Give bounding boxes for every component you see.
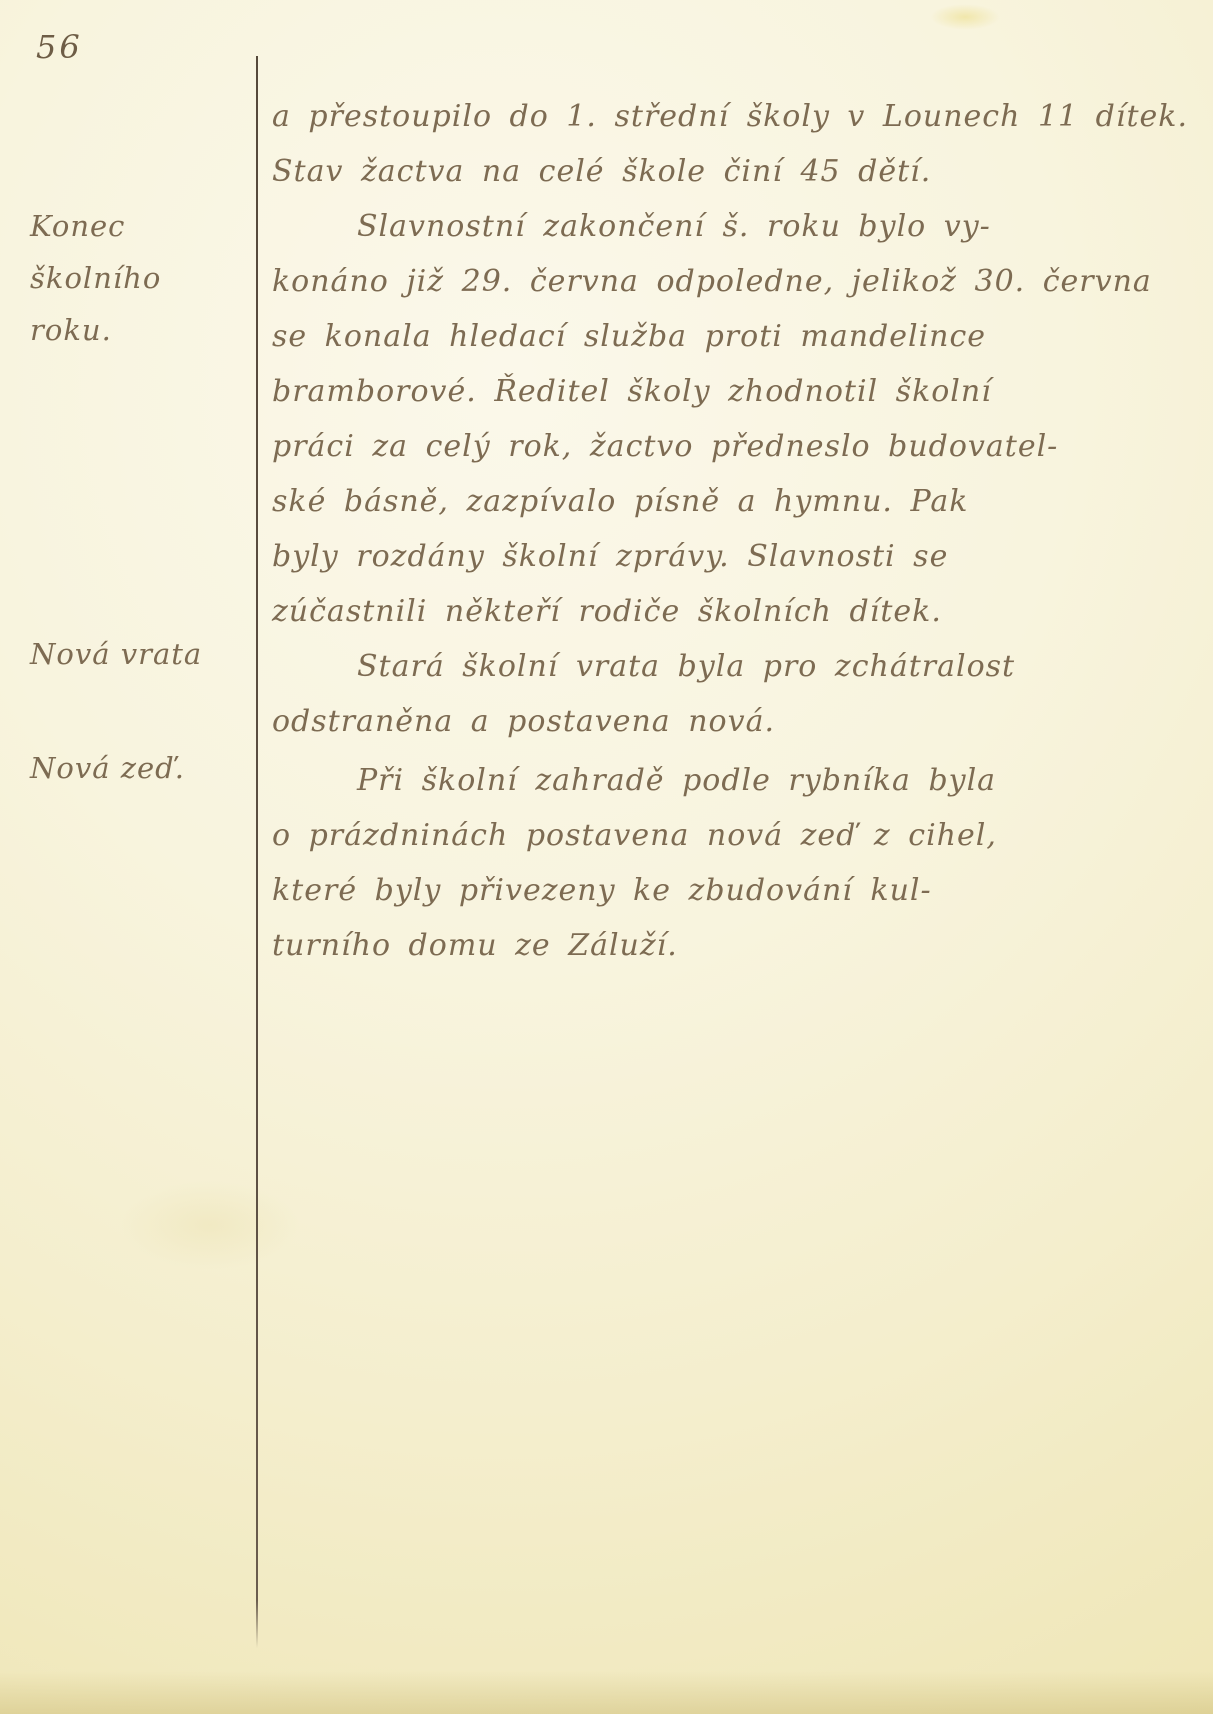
manuscript-line: které byly přivezeny ke zbudování kul- [272,866,1162,921]
manuscript-line: odstraněna a postavena nová. [272,697,1162,752]
margin-note-line: Nová zeď. [30,742,245,794]
paragraph-new-gate: Stará školní vrata byla pro zchátralost … [272,642,1162,752]
manuscript-line: Při školní zahradě podle rybníka byla [272,756,1162,811]
margin-rule-line [256,56,258,1648]
manuscript-line: Stará školní vrata byla pro zchátralost [272,642,1162,697]
paper-stain [930,4,1000,30]
manuscript-line: o prázdninách postavena nová zeď z cihel… [272,811,1162,866]
manuscript-line: Stav žactva na celé škole činí 45 dětí. [272,147,1162,202]
margin-note-new-wall: Nová zeď. [30,742,245,794]
page-number: 56 [36,28,83,66]
manuscript-line: se konala hledací služba proti mandelinc… [272,312,1162,367]
manuscript-line: a přestoupilo do 1. střední školy v Loun… [272,92,1162,147]
manuscript-line: Slavnostní zakončení š. roku bylo vy- [272,202,1162,257]
manuscript-line: konáno již 29. června odpoledne, jelikož… [272,257,1162,312]
margin-note-line: roku. [30,304,245,356]
margin-note-end-of-school-year: Konec školního roku. [30,200,245,356]
paragraph-pupil-count: a přestoupilo do 1. střední školy v Loun… [272,92,1162,202]
manuscript-line: zúčastnili někteří rodiče školních dítek… [272,587,1162,642]
margin-note-line: Konec školního [30,200,245,304]
manuscript-line: bramborové. Ředitel školy zhodnotil škol… [272,367,1162,422]
manuscript-line: ské básně, zazpívalo písně a hymnu. Pak [272,477,1162,532]
margin-note-new-gate: Nová vrata [30,628,245,680]
paper-stain [120,1180,300,1270]
manuscript-line: byly rozdány školní zprávy. Slavnosti se [272,532,1162,587]
margin-note-line: Nová vrata [30,628,245,680]
paragraph-new-wall: Při školní zahradě podle rybníka byla o … [272,756,1162,976]
manuscript-line: práci za celý rok, žactvo předneslo budo… [272,422,1162,477]
chronicle-scan: { "page": { "number": "56" }, "margin_no… [0,0,1213,1714]
paragraph-end-of-school-year: Slavnostní zakončení š. roku bylo vy- ko… [272,202,1162,642]
manuscript-line: turního domu ze Záluží. [272,921,1162,976]
